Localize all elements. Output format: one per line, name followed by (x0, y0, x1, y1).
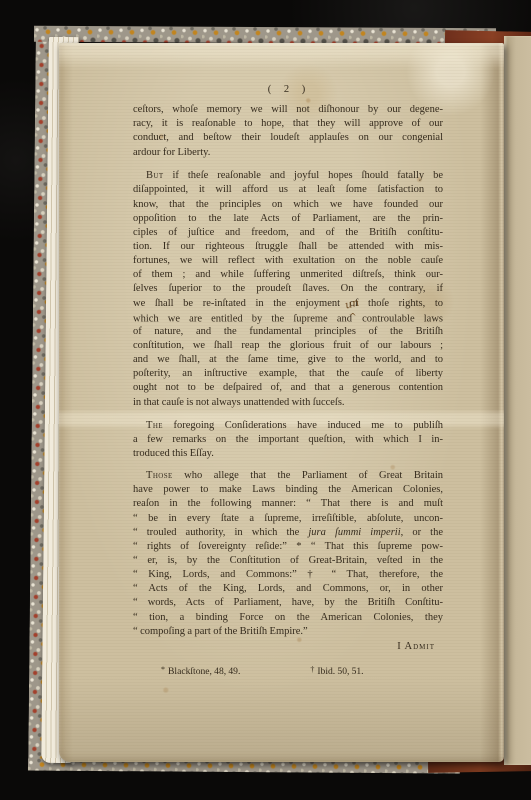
footnotes-row: *Blackſtone, 48, 49. †Ibid. 50, 51. (133, 663, 443, 679)
text-line: “ er, is, by the Conſtitution of Great-B… (133, 554, 443, 568)
text-line: “ trouled authority, in which the jura ſ… (133, 526, 443, 540)
text-line: troduced this Eſſay. (133, 447, 443, 461)
text-line: oppoſition to the late Acts of Parliamen… (133, 212, 443, 226)
text-line: know, that the principles on which we ha… (133, 198, 443, 212)
text-line: “ words, Acts of Parliament, have, by th… (133, 596, 443, 610)
paragraph-but-if: But if theſe reaſonable and joyful hopes… (133, 169, 443, 409)
text-line: ſelves ſuperior to the proudeſt ſlaves. … (133, 282, 443, 296)
text-line: tion. If our righteous ſtruggle ſhall be… (133, 240, 443, 254)
text-line: conſtitution, we ſhall reap the glorious… (133, 339, 443, 353)
text-line: The foregoing Conſiderations have induce… (133, 419, 443, 433)
dagger-footnote-marker: † (310, 665, 314, 674)
text-line: of nature, and the fundamental principle… (133, 325, 443, 339)
text-line: a few remarks on the important queſtion,… (133, 433, 443, 447)
text-line: poſterity, an inſtructive example, that … (133, 367, 443, 381)
text-line: ceſtors, whoſe memory we will not diſhon… (133, 103, 443, 117)
text-line: which we are entitled by the ſupreme and… (133, 311, 443, 325)
page-number: ( 2 ) (133, 83, 443, 97)
footnote-text: Ibid. 50, 51. (317, 666, 363, 677)
text-line: Those who allege that the Parliament of … (133, 469, 443, 483)
text-line: “ King, Lords, and Commons:” † “ That, t… (133, 568, 443, 582)
footnote-blackstone: *Blackſtone, 48, 49. (161, 663, 240, 679)
text-line: ciples of juſtice and freedom, and of th… (133, 226, 443, 240)
text-line: ardour for Liberty. (133, 146, 443, 160)
text-line: have power to make Laws binding the Amer… (133, 483, 443, 497)
paragraph-continuation: ceſtors, whoſe memory we will not diſhon… (133, 103, 443, 160)
text-line: in that cauſe is not always unattended w… (133, 396, 443, 410)
asterisk-footnote-marker: * (161, 665, 165, 674)
text-line: and we ſhall, at the ſame time, give to … (133, 353, 443, 367)
catchword: I Admit (133, 640, 443, 654)
paragraph-foregoing: The foregoing Conſiderations have induce… (133, 419, 443, 461)
text-line: we ſhall be re-inſtated in the enjoyment… (133, 297, 443, 311)
text-line: “ compoſing a part of the Britiſh Empire… (133, 625, 443, 639)
text-line: of them ; and while ſuffering unmerited … (133, 268, 443, 282)
insertion-caret: ^ (349, 313, 357, 323)
text-line: reaſon in the following manner: “ That t… (133, 497, 443, 511)
book-page: ( 2 ) ceſtors, whoſe memory we will not … (59, 43, 504, 762)
text-line: “ Acts of the King, Lords, and Commons, … (133, 582, 443, 596)
text-line: racy, it is reaſonable to hope, that the… (133, 117, 443, 131)
text-line: “ tion, a binding Force on the American … (133, 611, 443, 625)
text-line: ought not to be deſpaired of, and that a… (133, 381, 443, 395)
text-line: “ be in every ſtate a ſupreme, irreſiſti… (133, 512, 443, 526)
facing-page-edge (504, 36, 531, 765)
footnote-ibid: †Ibid. 50, 51. (310, 663, 363, 679)
paragraph-those-who: Those who allege that the Parliament of … (133, 469, 443, 639)
text-line: fortunes, we will reflect with exultatio… (133, 254, 443, 268)
text-line: “ rights of ſovereignty reſide:” * “ Tha… (133, 540, 443, 554)
book-photo-scene: ( 2 ) ceſtors, whoſe memory we will not … (0, 0, 531, 800)
marbled-cover-edge-top (34, 26, 496, 44)
text-line: diſappointed, it will afford us at leaſt… (133, 183, 443, 197)
printed-text-block: ( 2 ) ceſtors, whoſe memory we will not … (133, 83, 443, 679)
footnote-text: Blackſtone, 48, 49. (168, 666, 240, 677)
text-line: conduct, and beſtow their loudeſt applau… (133, 131, 443, 145)
text-line: But if theſe reaſonable and joyful hopes… (133, 169, 443, 183)
